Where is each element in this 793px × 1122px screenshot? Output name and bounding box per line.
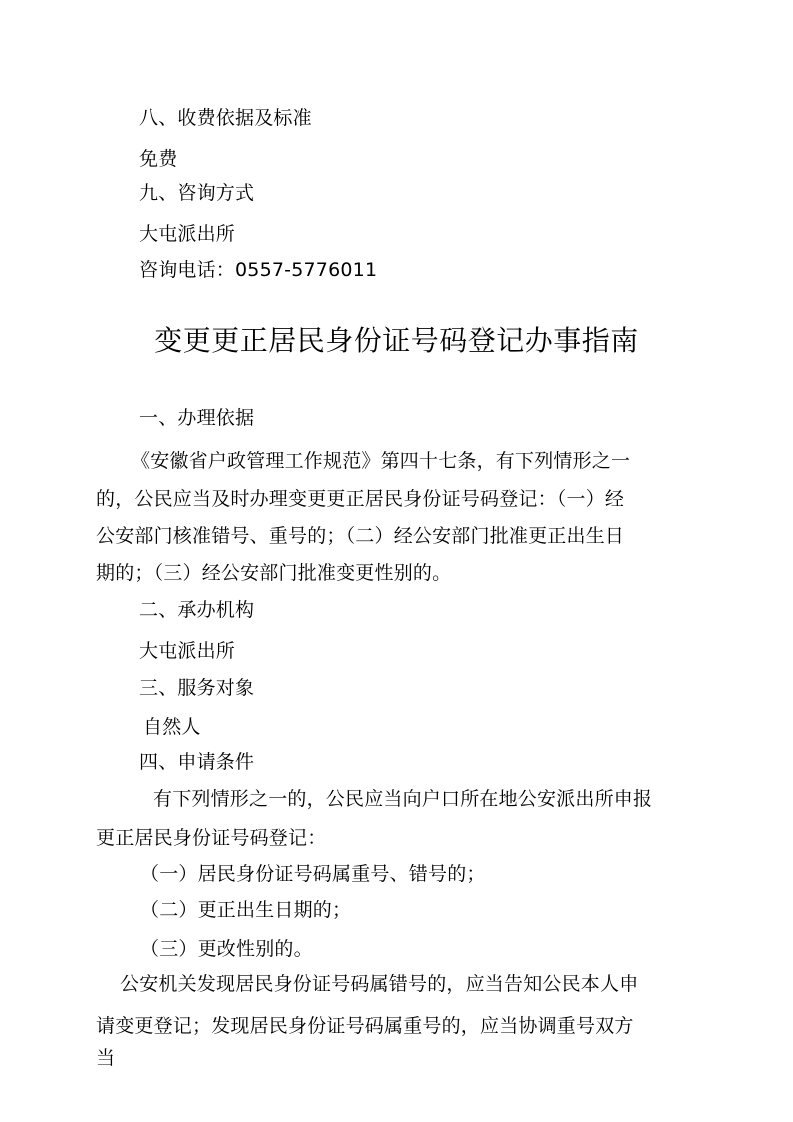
section-4-line: 更正居民身份证号码登记： (96, 826, 326, 850)
section-8-heading: 八、收费依据及标准 (139, 106, 312, 130)
section-4-tail-line: 当 (96, 1046, 115, 1070)
condition-item: （一）居民身份证号码属重号、错号的； (140, 862, 486, 886)
section-2-body: 大屯派出所 (139, 639, 235, 663)
section-1-line: 公安部门核准错号、重号的；（二）经公安部门批准更正出生日 (96, 524, 624, 548)
section-4-tail-line: 公安机关发现居民身份证号码属错号的，应当告知公民本人申 (120, 972, 638, 996)
section-4-tail-line: 请变更登记；发现居民身份证号码属重号的，应当协调重号双方 (96, 1014, 634, 1038)
section-2-heading: 二、承办机构 (139, 598, 254, 622)
section-9-phone: 咨询电话：0557-5776011 (139, 258, 377, 282)
condition-item: （二）更正出生日期的； (140, 898, 351, 922)
page-title: 变更更正居民身份证号码登记办事指南 (0, 323, 793, 359)
section-1-line: 的，公民应当及时办理变更更正居民身份证号码登记：（一）经 (96, 487, 624, 511)
section-8-body: 免费 (139, 147, 177, 171)
section-9-heading: 九、咨询方式 (139, 181, 254, 205)
section-3-heading: 三、服务对象 (139, 676, 254, 700)
section-4-line: 有下列情形之一的，公民应当向户口所在地公安派出所申报 (153, 787, 652, 811)
section-3-body: 自然人 (143, 715, 201, 739)
condition-item: （三）更改性别的。 (140, 937, 313, 961)
section-4-heading: 四、申请条件 (139, 750, 254, 774)
section-9-office: 大屯派出所 (139, 222, 235, 246)
section-1-heading: 一、办理依据 (139, 406, 254, 430)
section-1-line: 《安徽省户政管理工作规范》第四十七条，有下列情形之一 (131, 449, 630, 473)
section-1-line: 期的；（三）经公安部门批准变更性别的。 (96, 561, 451, 585)
